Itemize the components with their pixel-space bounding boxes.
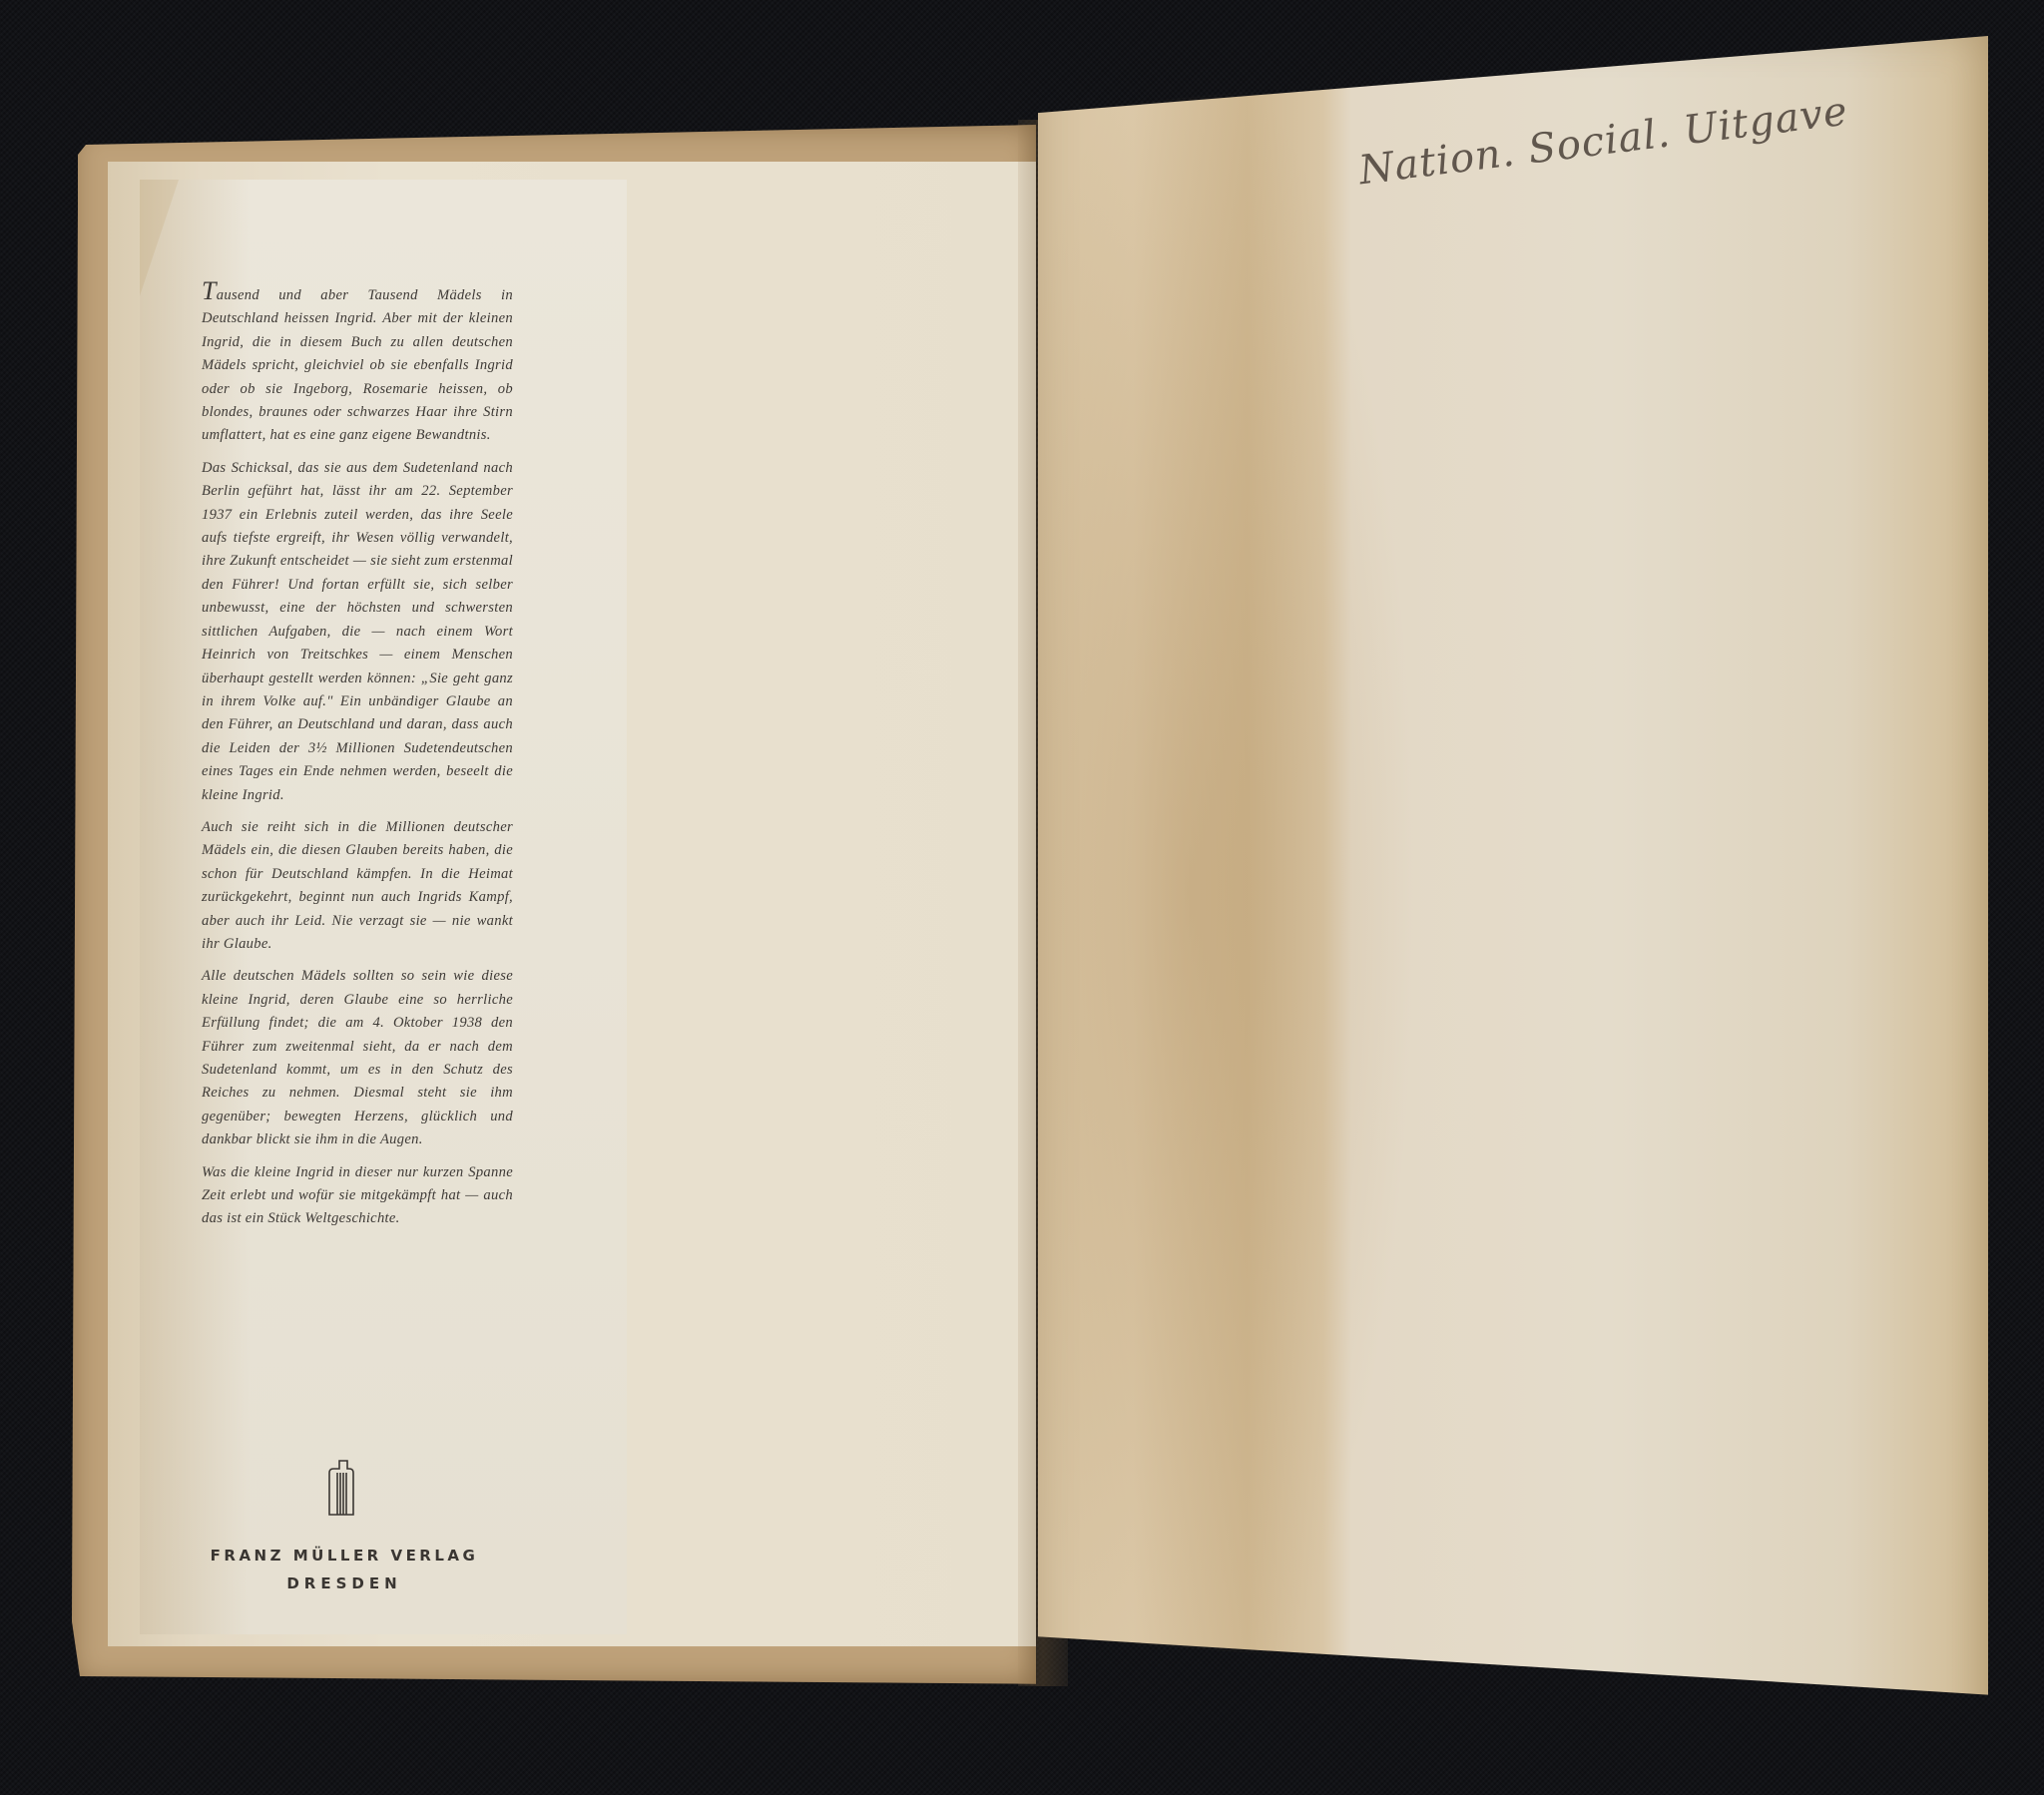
free-endpaper (1038, 36, 1988, 1746)
blurb-paragraph-2: Das Schicksal, das sie aus dem Sudetenla… (202, 457, 513, 807)
jacket-blurb: Tausend und aber Tausend Mädels in Deuts… (202, 284, 513, 1240)
blurb-paragraph-4: Alle deutschen Mädels sollten so sein wi… (202, 965, 513, 1151)
drop-cap: T (202, 276, 217, 305)
publisher-logo-icon (327, 1459, 361, 1519)
blurb-paragraph-5: Was die kleine Ingrid in dieser nur kurz… (202, 1161, 513, 1231)
publisher-city: DRESDEN (160, 1574, 529, 1592)
publisher-name: FRANZ MÜLLER VERLAG (160, 1547, 529, 1565)
book-photo: Nation. Social. Uitgave Tausend und aber… (0, 0, 2044, 1795)
blurb-paragraph-3: Auch sie reiht sich in die Millionen deu… (202, 816, 513, 956)
blurb-paragraph-1: Tausend und aber Tausend Mädels in Deuts… (202, 284, 513, 448)
